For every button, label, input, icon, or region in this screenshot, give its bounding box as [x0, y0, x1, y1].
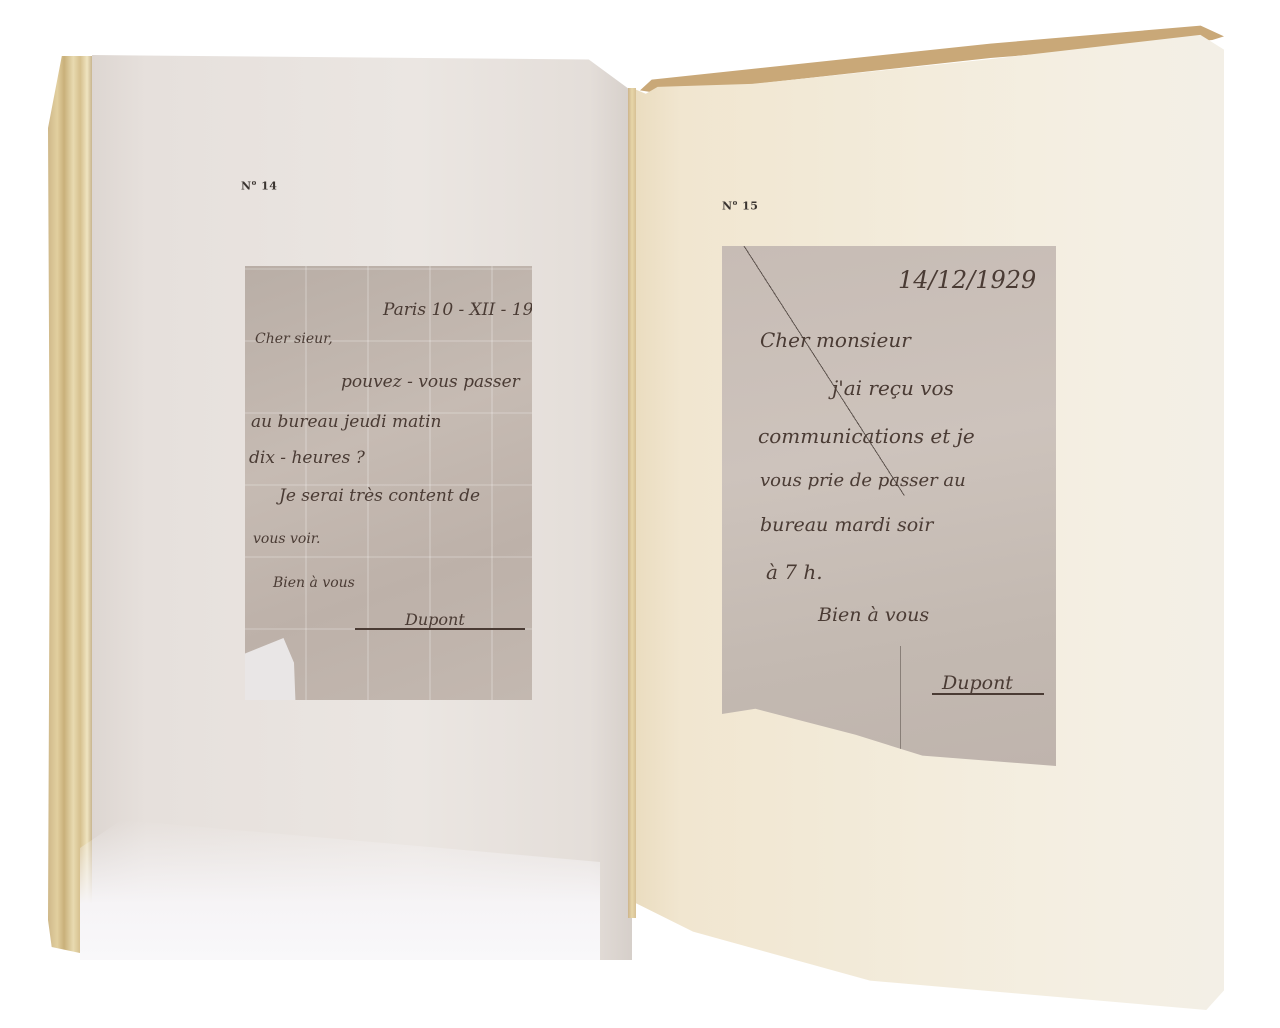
letter-photo-left: Paris 10 - XII - 1929 Cher sieur, pouvez… — [245, 266, 532, 700]
page-number-prefix: N — [241, 180, 252, 193]
letter-line: Cher sieur, — [255, 332, 333, 346]
letter-line: pouvez - vous passer — [341, 374, 520, 391]
letter-line: à 7 h. — [766, 562, 823, 582]
letter-line: Bien à vous — [273, 576, 355, 590]
page-number-prefix: N — [722, 200, 733, 213]
letter-line: vous prie de passer au — [760, 472, 966, 490]
page-number-value: 15 — [742, 200, 758, 213]
page-number-sup: o — [733, 198, 738, 207]
letter-line: bureau mardi soir — [760, 516, 933, 535]
letter-date: 14/12/1929 — [898, 268, 1036, 292]
letter-line: communications et je — [758, 426, 975, 446]
letter-signature: Dupont — [355, 612, 525, 630]
page-number-right: No 15 — [722, 198, 758, 213]
page-number-value: 14 — [261, 180, 277, 193]
page-number-left: No 14 — [241, 178, 277, 193]
letter-line: Cher monsieur — [760, 330, 911, 350]
letter-line: dix - heures ? — [249, 450, 365, 467]
open-book-photo: No 14 No 15 Paris 10 - XII - 1929 Cher s… — [0, 0, 1280, 1028]
page-number-sup: o — [252, 178, 257, 187]
letter-line: Bien à vous — [818, 606, 929, 625]
letter-line: Je serai très content de — [279, 488, 480, 505]
letter-date: Paris 10 - XII - 1929 — [383, 302, 532, 319]
book-gutter — [628, 88, 636, 918]
letter-signature: Dupont — [932, 674, 1044, 695]
left-page-stack-edges — [48, 56, 94, 956]
letter-photo-right: 14/12/1929 Cher monsieur j'ai reçu vos c… — [722, 246, 1056, 766]
torn-corner — [245, 638, 315, 700]
letter-line: vous voir. — [253, 532, 320, 546]
letter-line: au bureau jeudi matin — [251, 414, 441, 431]
letter-line: j'ai reçu vos — [832, 378, 954, 398]
fold-crease — [900, 646, 901, 766]
